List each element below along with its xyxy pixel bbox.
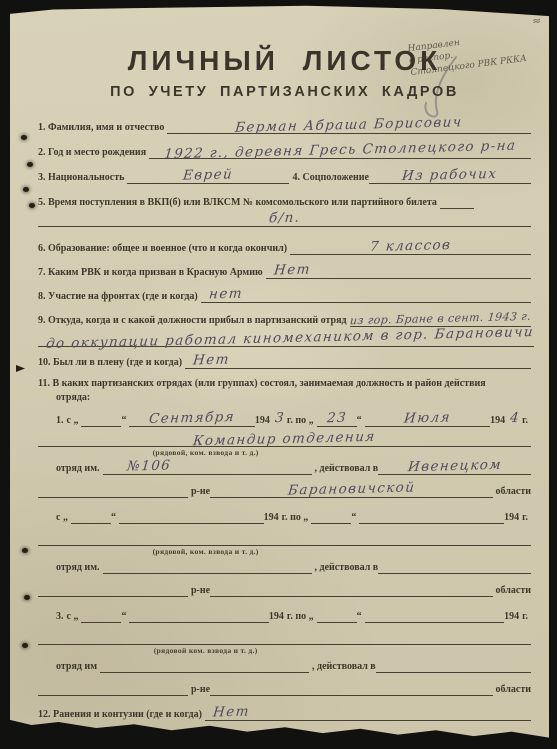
field-1-name-row: 1. Фамилия, имя и отчество Берман Абраша… <box>38 118 531 134</box>
period-2-rne-label: р-не <box>188 584 210 597</box>
field-8-label: 8. Участие на фронтах (где и когда) <box>38 290 201 303</box>
form-subtitle: ПО УЧЕТУ ПАРТИЗАНСКИХ КАДРОВ <box>38 84 531 100</box>
period-2-position-line <box>38 528 531 546</box>
period-2-gpo-label: г. по „ <box>282 511 312 524</box>
period-2-position-block: (рядовой, ком. взвода и т. д.) <box>38 528 531 556</box>
period-1-district-line: Барановичской <box>210 482 492 498</box>
period-1-to-day-line: 23 <box>317 411 357 427</box>
period-3-quote-1: “ <box>121 610 129 623</box>
field-11-label: 11. В каких партизанских отрядах (или гр… <box>38 377 531 405</box>
field-10-value: Нет <box>192 354 230 368</box>
field-7-value: Нет <box>273 264 311 278</box>
period-2-from-label: с „ <box>38 511 71 524</box>
period-1-rank-hint: (рядовой, ком. взвода и т. д.) <box>38 448 373 457</box>
field-7-label: 7. Каким РВК и когда призван в Красную А… <box>38 266 266 279</box>
period-3-district-line <box>210 680 492 696</box>
field-5-label-row: 5. Время поступления в ВКП(б) или ВЛКСМ … <box>38 193 531 209</box>
period-3-district-row: р-не области <box>38 680 531 696</box>
period-1-acted-line: Ивенецком <box>378 459 531 475</box>
period-1-oblast-label: области <box>493 485 531 498</box>
period-3-to-month-line <box>365 607 504 623</box>
period-2-year-prefix-2: 194 <box>504 511 522 524</box>
period-1-acted-label: , действовал в <box>312 462 379 475</box>
punch-hole <box>24 595 30 600</box>
period-1-g-label: г. <box>522 414 531 427</box>
period-2-oblast-label: области <box>493 584 531 597</box>
field-4-value: Из рабочих <box>402 168 498 183</box>
field-5-label: 5. Время поступления в ВКП(б) или ВЛКСМ … <box>38 196 440 209</box>
period-1-position: Командир отделения <box>192 429 376 450</box>
period-2-blank-line <box>38 581 188 597</box>
field-10-captivity-row: 10. Был ли в плену (где и когда) Нет <box>38 353 531 369</box>
field-1-label: 1. Фамилия, имя и отчество <box>38 121 167 134</box>
field-5-value: б/п. <box>268 212 301 226</box>
field-9-line-2: до оккупации работал киномехаником в гор… <box>38 331 534 347</box>
period-3-quote-2: “ <box>357 610 365 623</box>
period-1-to-day: 23 <box>326 412 347 426</box>
punch-hole <box>27 162 33 167</box>
period-3-oblast-label: области <box>493 683 531 696</box>
field-8-line: нет <box>201 287 531 303</box>
period-1-quote-2: “ <box>357 414 365 427</box>
form-content: ЛИЧНЫЙ ЛИСТОК ПО УЧЕТУ ПАРТИЗАНСКИХ КАДР… <box>10 5 549 721</box>
field-6-education-row: 6. Образование: общее и военное (что и к… <box>38 239 531 255</box>
period-3-position-block: (рядовой ком. взвода и т. д.) <box>38 627 531 655</box>
period-1-from-label: с „ <box>67 414 82 427</box>
field-4-line: Из рабочих <box>369 168 531 184</box>
field-5-dash-line <box>440 193 474 209</box>
period-2-unit-line <box>103 558 312 574</box>
period-1-unit-label: отряд им. <box>38 462 103 475</box>
period-3-unit-label: отряд им <box>38 660 100 673</box>
field-12-line: Нет <box>205 705 531 721</box>
period-3-acted-label: , действовал в <box>309 660 376 673</box>
punch-hole <box>23 187 29 192</box>
field-9-arrival-row: 9. Откуда, когда и с какой должности при… <box>38 311 531 327</box>
period-3-from-label: с „ <box>67 610 82 623</box>
period-2-district-row: р-не области <box>38 581 531 597</box>
field-5-value-row: б/п. <box>38 211 531 227</box>
period-3-gpo-label: г. по „ <box>287 610 317 623</box>
field-3-value: Еврей <box>183 168 234 182</box>
period-3-dates-row: 3. с „ “ 194 г. по „ “ 194 г. <box>38 607 531 623</box>
field-11-label-line-1: 11. В каких партизанских отрядах (или гр… <box>38 377 531 391</box>
form-title: ЛИЧНЫЙ ЛИСТОК <box>38 45 531 77</box>
field-8-fronts-row: 8. Участие на фронтах (где и когда) нет <box>38 287 531 303</box>
period-1-year-prefix-1: 194 <box>255 414 273 427</box>
field-5-line: б/п. <box>38 211 531 227</box>
period-1-number: 1. <box>38 414 67 427</box>
period-1-blank-line <box>38 482 188 498</box>
period-1-year-prefix-2: 194 <box>490 414 508 427</box>
field-9-value-2: до оккупации работал киномехаником в гор… <box>45 326 534 351</box>
field-3-4-row: 3. Национальность Еврей 4. Соцположение … <box>38 168 531 184</box>
period-3-g-label: г. <box>522 610 531 623</box>
period-1-acted-area: Ивенецком <box>407 459 502 474</box>
period-1-position-line: Командир отделения <box>38 429 531 447</box>
period-3-unit-line <box>100 657 309 673</box>
field-7-line: Нет <box>266 263 531 279</box>
period-3-year-prefix-1: 194 <box>269 610 287 623</box>
field-12-wounds-row: 12. Ранения и контузии (где и когда) Нет <box>38 705 531 721</box>
period-3-from-month-line <box>129 607 268 623</box>
period-2-from-day-line <box>71 508 111 524</box>
period-2-district-line <box>210 581 492 597</box>
field-1-value: Берман Абраша Борисович <box>235 116 464 135</box>
punch-hole <box>22 643 28 648</box>
field-1-line: Берман Абраша Борисович <box>167 118 531 134</box>
field-11-label-line-2: отряда: <box>38 391 531 405</box>
field-8-value: нет <box>208 288 243 302</box>
field-3-line: Еврей <box>127 168 289 184</box>
period-1-position-block: Командир отделения (рядовой, ком. взвода… <box>38 429 531 457</box>
period-3-blank-line <box>38 680 188 696</box>
period-1-dates-row: 1. с „ “ Сентября 194 3 г. по „ 23 “ Июл… <box>38 411 531 427</box>
period-3-rank-hint: (рядовой ком. взвода и т. д.) <box>38 646 373 655</box>
field-12-value: Нет <box>212 706 250 720</box>
period-2-from-month-line <box>119 508 264 524</box>
period-2-quote-2: “ <box>351 511 359 524</box>
field-6-line: 7 классов <box>290 239 531 255</box>
period-2-rank-hint: (рядовой, ком. взвода и т. д.) <box>38 547 373 556</box>
period-1-district: Барановичской <box>287 481 416 497</box>
field-4-label: 4. Соцположение <box>289 171 369 184</box>
punch-hole <box>21 135 27 140</box>
period-1-gpo-label: г. по „ <box>287 414 317 427</box>
period-1-to-month-line: Июля <box>365 411 490 427</box>
field-10-label: 10. Был ли в плену (где и когда) <box>38 356 185 369</box>
period-3-position-line <box>38 627 531 645</box>
period-2-dates-row: с „ “ 194 г. по „ “ 194 г. <box>38 508 531 524</box>
field-3-label: 3. Национальность <box>38 171 127 184</box>
field-10-line: Нет <box>185 353 531 369</box>
field-9-arrival-row-2: до оккупации работал киномехаником в гор… <box>38 331 531 347</box>
period-1-from-day-line <box>81 411 121 427</box>
period-1-from-month-line: Сентября <box>129 411 254 427</box>
period-2-to-month-line <box>359 508 504 524</box>
period-1-district-row: р-не Барановичской области <box>38 482 531 498</box>
field-9-label: 9. Откуда, когда и с какой должности при… <box>38 314 350 327</box>
period-2-acted-label: , действовал в <box>312 561 379 574</box>
period-3-number: 3. <box>38 610 67 623</box>
period-3-unit-row: отряд им , действовал в <box>38 657 531 673</box>
period-3-acted-line <box>376 657 531 673</box>
period-3-from-day-line <box>81 607 121 623</box>
period-2-year-prefix-1: 194 <box>264 511 282 524</box>
period-1-from-month: Сентября <box>149 411 236 426</box>
field-2-label: 2. Год и место рождения <box>38 146 149 159</box>
period-2-unit-label: отряд им. <box>38 561 103 574</box>
field-2-birth-row: 2. Год и место рождения 1922 г., деревня… <box>38 143 531 159</box>
period-2-to-day-line <box>311 508 351 524</box>
scanned-form-page: ≈ Направлен в распор. Столпецкого РВК РК… <box>10 5 549 745</box>
field-6-value: 7 классов <box>369 239 452 254</box>
period-2-quote-1: “ <box>111 511 119 524</box>
period-1-to-year-digit: 4 <box>509 412 520 425</box>
field-2-value: 1922 г., деревня Гресь Столпецкого р-на <box>163 140 517 162</box>
field-2-line: 1922 г., деревня Гресь Столпецкого р-на <box>149 143 531 159</box>
period-1-quote-1: “ <box>121 414 129 427</box>
period-3-year-prefix-2: 194 <box>504 610 522 623</box>
period-1-unit-line: №106 <box>103 459 312 475</box>
field-6-label: 6. Образование: общее и военное (что и к… <box>38 242 290 255</box>
period-1-rne-label: р-не <box>188 485 210 498</box>
field-12-label: 12. Ранения и контузии (где и когда) <box>38 708 205 721</box>
period-3-rne-label: р-не <box>188 683 210 696</box>
period-1-unit-row: отряд им. №106 , действовал в Ивенецком <box>38 459 531 475</box>
period-1-unit: №106 <box>126 459 171 473</box>
period-2-unit-row: отряд им. , действовал в <box>38 558 531 574</box>
period-1-from-year-digit: 3 <box>274 412 285 425</box>
period-2-acted-line <box>378 558 531 574</box>
punch-hole <box>22 548 28 553</box>
period-2-g-label: г. <box>522 511 531 524</box>
period-3-to-day-line <box>317 607 357 623</box>
period-1-to-month: Июля <box>403 411 451 425</box>
punch-hole <box>29 203 35 208</box>
field-7-rvk-row: 7. Каким РВК и когда призван в Красную А… <box>38 263 531 279</box>
